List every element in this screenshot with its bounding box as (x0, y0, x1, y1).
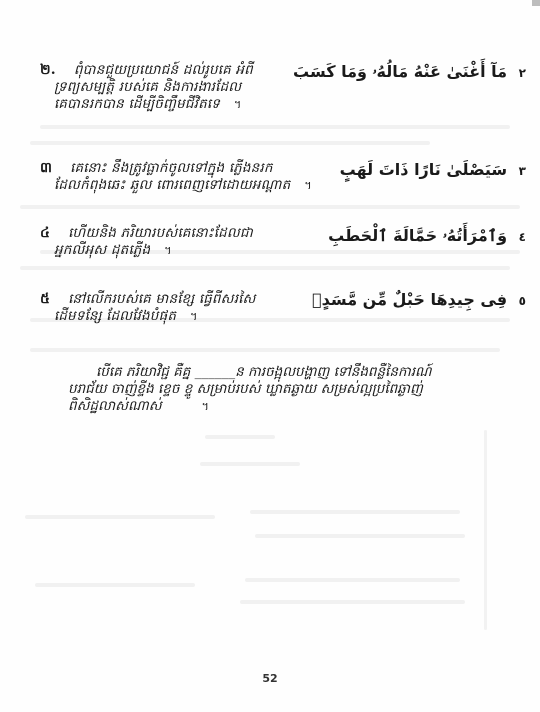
bleed-through-line (40, 125, 510, 129)
note-line: បើគេ ភរិយាវិជ្ជ គឺគ្ន ______ន ការចង្អុលប… (68, 364, 518, 381)
arabic-text: وَٱمْرَأَتُهُۥ حَمَّالَةَ ٱلْحَطَبِ (328, 226, 507, 245)
arabic-verse-number: ٥ (519, 294, 526, 308)
bleed-through-line (205, 435, 275, 439)
khmer-translation: ៥នៅលើករបស់គេ មានខ្សែ ធ្វើពីសរសៃ ដើមទន្សែ… (40, 291, 256, 325)
arabic-verse-number: ٢ (519, 66, 526, 80)
bleed-through-line (245, 578, 460, 582)
arabic-text: فِى جِيدِهَا حَبْلٌ مِّن مَّسَدٍۭ (312, 290, 507, 309)
khmer-line: ពុំបានជួយប្រយោជន៍ ដល់រូបគេ អំពី (74, 62, 253, 78)
khmer-line: ដើមទន្សែ ដែលវែងបំផុត (54, 308, 176, 324)
end-mark: ។ (190, 310, 197, 323)
scan-corner-mark (532, 0, 540, 6)
arabic-verse: ٤ وَٱمْرَأَتُهُۥ حَمَّالَةَ ٱلْحَطَبِ (328, 226, 526, 247)
khmer-translation: ២.ពុំបានជួយប្រយោជន៍ ដល់រូបគេ អំពី ទ្រព្យ… (40, 62, 253, 113)
khmer-translation: ៤ហើយនិង ភរិយារបស់គេនោះដែលជា អ្នកលីអុស ដុ… (40, 225, 253, 259)
end-mark: ។ (304, 179, 311, 192)
end-mark: ។ (202, 400, 209, 413)
bleed-through-line (30, 348, 500, 352)
khmer-line: គេបានរកបាន ដើម្បីចិញ្ចឹមជីវិតទេ (54, 96, 220, 112)
khmer-line: ហើយនិង ភរិយារបស់គេនោះដែលជា (68, 225, 253, 241)
arabic-verse: ٥ فِى جِيدِهَا حَبْلٌ مِّن مَّسَدٍۭ (312, 290, 526, 311)
arabic-verse-number: ٣ (519, 164, 526, 178)
arabic-verse-number: ٤ (519, 230, 526, 244)
bleed-through-line (20, 205, 520, 209)
bleed-through-line (25, 515, 215, 519)
end-mark: ។ (234, 98, 241, 111)
khmer-verse-number: ៥ (40, 291, 50, 308)
khmer-verse-number: ៤ (40, 225, 50, 242)
bleed-through-line (30, 141, 430, 145)
khmer-line: អ្នកលីអុស ដុតភ្លើង (54, 242, 150, 258)
khmer-line: ទ្រព្យសម្បត្តិ របស់គេ និងការងារដែល (40, 79, 253, 96)
commentary-note: បើគេ ភរិយាវិជ្ជ គឺគ្ន ______ន ការចង្អុលប… (68, 364, 518, 415)
arabic-text: سَيَصْلَىٰ نَارًا ذَاتَ لَهَبٍ (340, 160, 507, 179)
bleed-through-line (20, 266, 510, 270)
bleed-through-line (35, 583, 195, 587)
page-number: 52 (0, 672, 540, 685)
arabic-text: مَآ أَغْنَىٰ عَنْهُ مَالُهُۥ وَمَا كَسَب… (293, 62, 507, 81)
bleed-through-line (200, 462, 300, 466)
khmer-line: គេនោះ នឹងត្រូវធ្លាក់ចូលទៅក្នុង ភ្លើងនរក (70, 160, 273, 176)
khmer-translation: ៣គេនោះ នឹងត្រូវធ្លាក់ចូលទៅក្នុង ភ្លើងនរក… (40, 160, 312, 194)
bleed-through-line (240, 600, 465, 604)
khmer-line: ដែលកំពុងឆេះ ឆួល ពោរពេញទៅដោយអណ្តាត (54, 177, 290, 193)
note-line: ពិសិដ្ឋលាស់ណាស់ (68, 398, 162, 414)
bleed-through-line (255, 534, 465, 538)
arabic-verse: ٣ سَيَصْلَىٰ نَارًا ذَاتَ لَهَبٍ (340, 160, 526, 181)
arabic-verse: ٢ مَآ أَغْنَىٰ عَنْهُ مَالُهُۥ وَمَا كَس… (293, 62, 526, 83)
khmer-verse-number: ៣ (40, 160, 52, 177)
khmer-line: នៅលើករបស់គេ មានខ្សែ ធ្វើពីសរសៃ (68, 291, 255, 307)
note-line: បរាជ័យ ចាញ់ខ្ទីង ខ្ទេច ខ្ទូ សម្រាប់របស់ … (68, 381, 518, 398)
end-mark: ។ (164, 244, 171, 257)
khmer-verse-number: ២. (40, 62, 56, 79)
bleed-through-line (250, 510, 460, 514)
bleed-through-margin (484, 430, 487, 630)
manuscript-page: ២.ពុំបានជួយប្រយោជន៍ ដល់រូបគេ អំពី ទ្រព្យ… (0, 0, 540, 712)
